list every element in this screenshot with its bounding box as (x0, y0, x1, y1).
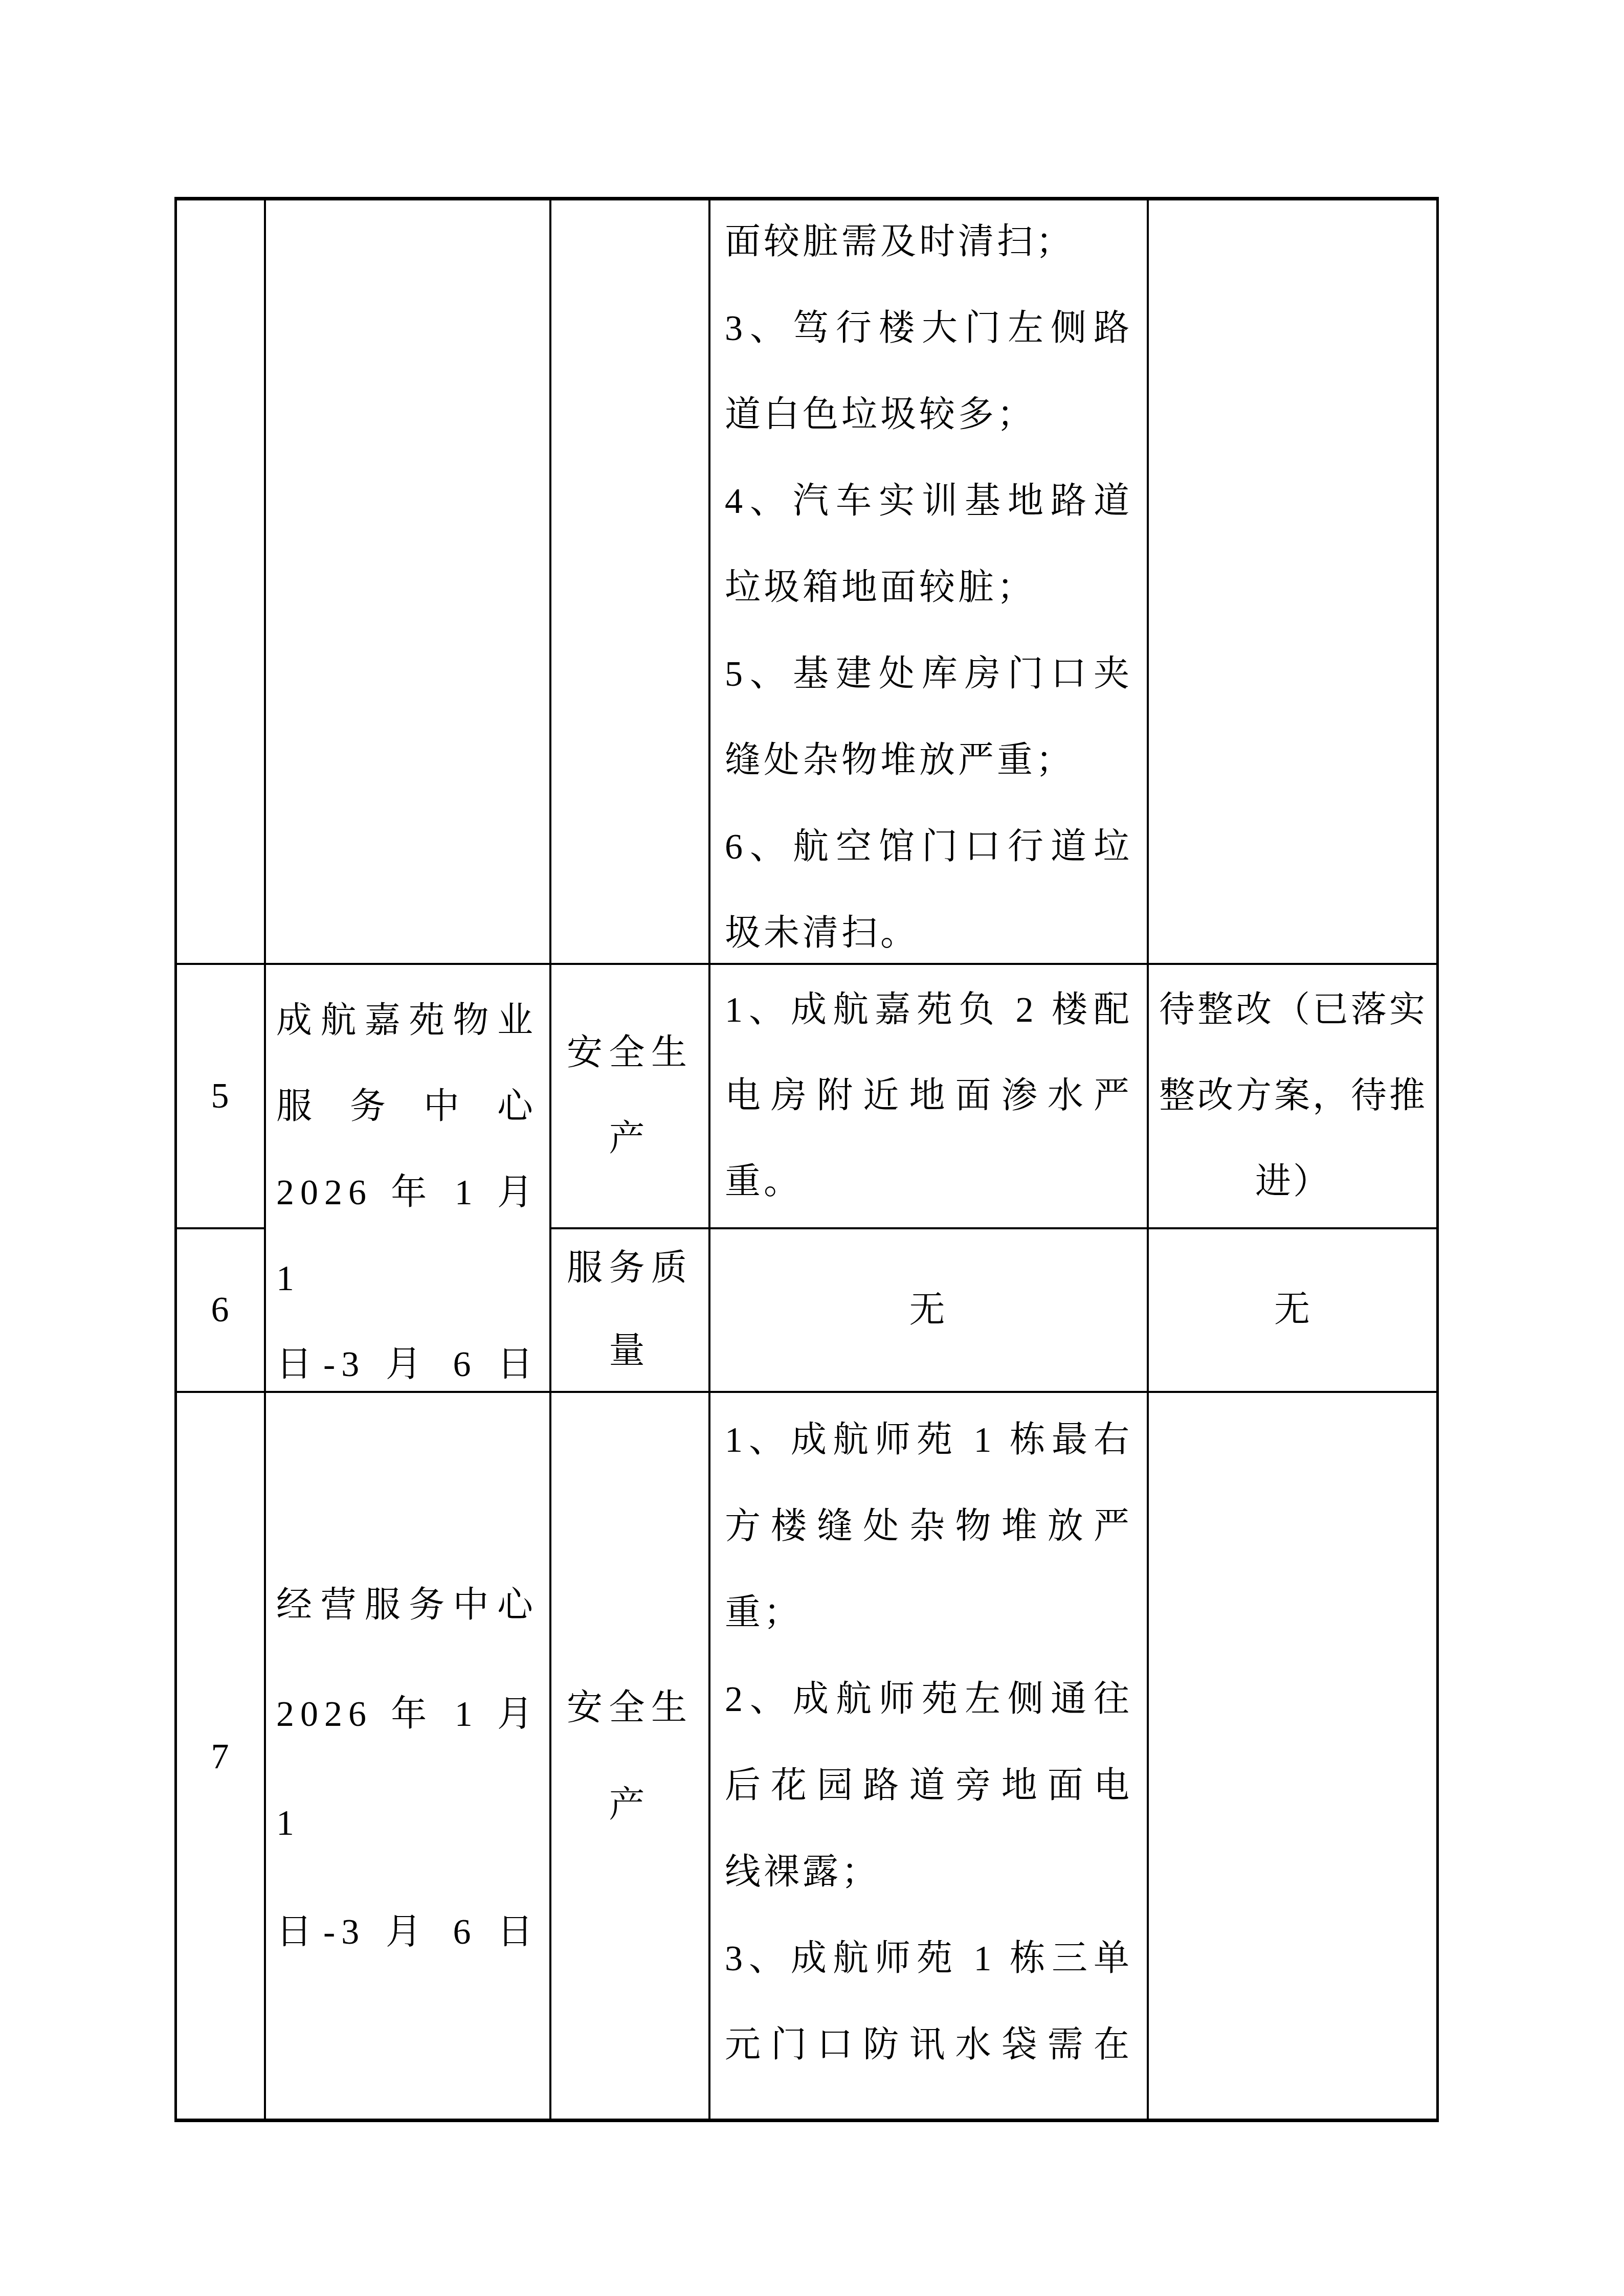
cell-row7-issues: 1、成航师苑 1 栋最右方楼缝处杂物堆放严重；2、成航师苑左侧通往后花园路道旁地… (710, 1393, 1147, 2121)
text-line: 2026 年 1 月 1 (276, 1660, 539, 1878)
text-line: 电房附近地面渗水严 (725, 1053, 1132, 1139)
cell-row6-number: 6 (176, 1229, 264, 1391)
text-line: 整改方案，待推 (1159, 1053, 1427, 1139)
document-page: { "table": { "border_color": "#000000", … (0, 0, 1624, 2296)
status-none: 无 (1159, 1267, 1427, 1353)
text-line: 4、汽车实训基地路道 (725, 458, 1132, 545)
text-line: 待整改（已落实 (1159, 967, 1427, 1053)
text-line: 日-3 月 6 日 (276, 1878, 539, 1987)
text-line: 产 (567, 1096, 693, 1182)
cell-row6-issues: 无 (710, 1229, 1147, 1391)
text-line: 服务中心 (276, 1064, 539, 1150)
text-line: 面较脏需及时清扫； (725, 199, 1132, 285)
row-number: 7 (176, 1714, 264, 1800)
text-line: 5、基建处库房门口夹 (725, 631, 1132, 717)
issue-none: 无 (725, 1267, 1132, 1354)
cell-row7-category: 安全生产 (551, 1393, 708, 2121)
text-line: 缝处杂物堆放严重； (725, 717, 1132, 804)
row-number: 6 (176, 1267, 264, 1353)
text-line: 安全生 (567, 1010, 693, 1096)
text-line: 服务质 (567, 1227, 693, 1310)
cell-row5-issues: 1、成航嘉苑负 2 楼配电房附近地面渗水严重。 (710, 965, 1147, 1227)
row-number: 5 (176, 1053, 264, 1139)
cell-row6-status: 无 (1149, 1229, 1437, 1391)
cell-row5-status: 待整改（已落实整改方案，待推进） (1149, 965, 1437, 1227)
text-line: 重； (725, 1570, 1132, 1656)
text-line: 线裸露； (725, 1829, 1132, 1916)
cell-row6-category: 服务质量 (551, 1229, 708, 1391)
text-line: 后花园路道旁地面电 (725, 1743, 1132, 1829)
text-line: 3、笃行楼大门左侧路 (725, 285, 1132, 372)
cell-row7-number: 7 (176, 1393, 264, 2121)
text-line: 经营服务中心 (276, 1551, 539, 1660)
text-line: 2026 年 1 月 1 (276, 1150, 539, 1322)
text-line: 安全生 (567, 1660, 693, 1757)
text-line: 量 (567, 1310, 693, 1393)
cell-row7-department: 经营服务中心2026 年 1 月 1日-3 月 6 日 (266, 1393, 549, 2121)
text-line: 6、航空馆门口行道垃 (725, 804, 1132, 890)
text-line: 圾未清扫。 (725, 890, 1132, 977)
text-line: 1、成航师苑 1 栋最右 (725, 1397, 1132, 1483)
text-line: 重。 (725, 1139, 1132, 1225)
text-line: 元门口防讯水袋需在 (725, 2002, 1132, 2088)
cell-row4-issues: 面较脏需及时清扫；3、笃行楼大门左侧路道白色垃圾较多；4、汽车实训基地路道垃圾箱… (710, 199, 1147, 963)
cell-row5-6-department: 成航嘉苑物业服务中心2026 年 1 月 1日-3 月 6 日 (266, 965, 549, 1391)
text-line: 3、成航师苑 1 栋三单 (725, 1916, 1132, 2002)
cell-row5-number: 5 (176, 965, 264, 1227)
text-line: 垃圾箱地面较脏； (725, 545, 1132, 631)
text-line: 成航嘉苑物业 (276, 978, 539, 1064)
text-line: 1、成航嘉苑负 2 楼配 (725, 967, 1132, 1053)
text-line: 进） (1159, 1139, 1427, 1225)
text-line: 产 (567, 1757, 693, 1854)
text-line: 2、成航师苑左侧通往 (725, 1656, 1132, 1743)
text-line: 方楼缝处杂物堆放严 (725, 1483, 1132, 1570)
cell-row5-category: 安全生产 (551, 965, 708, 1227)
text-line: 道白色垃圾较多； (725, 372, 1132, 458)
